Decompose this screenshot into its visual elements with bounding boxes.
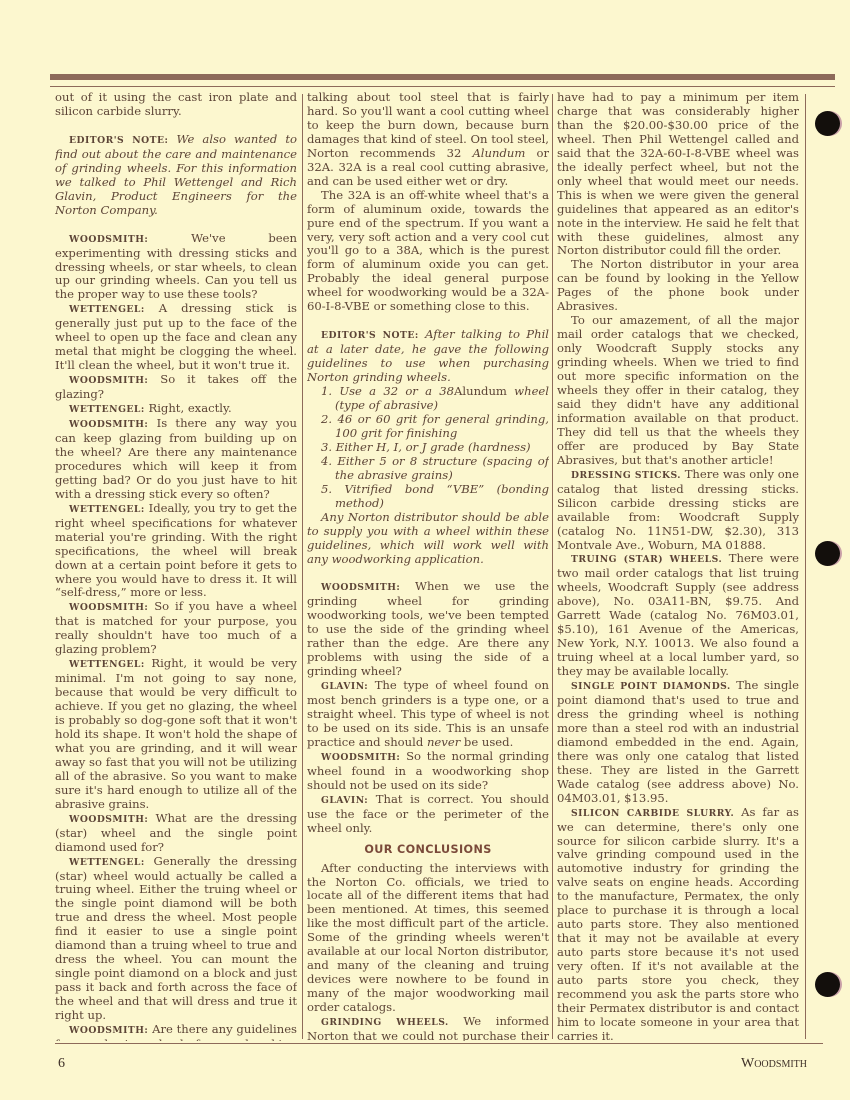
paragraph: After conducting the interviews with the…	[307, 862, 549, 1015]
paragraph: out of it using the cast iron plate and …	[55, 91, 297, 119]
subhead-label: Truing (Star) Wheels.	[571, 554, 722, 565]
interview-question: Woodsmith: When we use the grinding whee…	[307, 580, 549, 679]
punch-hole-icon	[815, 541, 840, 566]
paragraph: Truing (Star) Wheels. There were two mai…	[557, 552, 799, 679]
column-divider	[552, 94, 553, 1039]
paragraph: Single Point Diamonds. The single point …	[557, 679, 799, 806]
footer-rule	[55, 1043, 823, 1044]
paragraph: To our amazement, of all the major mail …	[557, 314, 799, 467]
paragraph: talking about tool steel that is fairly …	[307, 91, 549, 189]
interview-question: Woodsmith: Is there any way you can keep…	[55, 417, 297, 502]
speaker-label: Editor's Note:	[321, 330, 419, 341]
subhead-label: Silicon Carbide Slurry.	[571, 808, 734, 819]
subhead-label: Single Point Diamonds.	[571, 681, 731, 692]
paragraph: have had to pay a minimum per item charg…	[557, 91, 799, 258]
column-divider	[302, 94, 303, 1039]
speaker-label: Woodsmith:	[321, 582, 400, 593]
section-heading: OUR CONCLUSIONS	[307, 843, 549, 857]
interview-answer: Wettengel: Right, it would be very minim…	[55, 657, 297, 811]
editor-note: Editor's Note: After talking to Phil at …	[307, 328, 549, 385]
interview-question: Woodsmith: So the normal grinding wheel …	[307, 750, 549, 793]
interview-answer: Glavin: The type of wheel found on most …	[307, 679, 549, 750]
speaker-label: Wettengel:	[69, 659, 145, 670]
page-number: 6	[58, 1056, 65, 1072]
publication-title: Woodsmith	[741, 1056, 807, 1072]
column-2: talking about tool steel that is fairly …	[307, 91, 549, 1041]
paragraph: The 32A is an off-white wheel that's a f…	[307, 189, 549, 315]
interview-question: Woodsmith: So if you have a wheel that i…	[55, 600, 297, 657]
guidelines-list: 1. Use a 32 or a 38Alundum wheel (type o…	[307, 385, 549, 511]
guideline-item: 4. Either 5 or 8 structure (spacing of t…	[335, 455, 549, 483]
punch-hole-icon	[815, 111, 840, 136]
speaker-label: Woodsmith:	[321, 752, 400, 763]
punch-hole-icon	[815, 972, 840, 997]
speaker-label: Woodsmith:	[69, 602, 148, 613]
header-bar	[50, 74, 835, 80]
speaker-label: Editor's Note:	[69, 135, 168, 146]
paragraph: Grinding Wheels. We informed Norton that…	[307, 1015, 549, 1041]
guideline-item: 1. Use a 32 or a 38Alundum wheel (type o…	[335, 385, 549, 413]
paragraph: Silicon Carbide Slurry. As far as we can…	[557, 806, 799, 1041]
speaker-label: Woodsmith:	[69, 419, 148, 430]
interview-question: Woodsmith: What are the dressing (star) …	[55, 812, 297, 855]
subhead-label: Dressing Sticks.	[571, 470, 681, 481]
interview-answer: Wettengel: Right, exactly.	[55, 402, 297, 417]
speaker-label: Wettengel:	[69, 304, 145, 315]
speaker-label: Wettengel:	[69, 504, 145, 515]
interview-question: Woodsmith: Are there any guidelines for …	[55, 1023, 297, 1041]
header-rule	[50, 86, 835, 87]
speaker-label: Glavin:	[321, 795, 368, 806]
column-divider	[805, 94, 806, 1039]
speaker-label: Wettengel:	[69, 404, 145, 415]
interview-answer: Wettengel: Ideally, you try to get the r…	[55, 502, 297, 601]
subhead-label: Grinding Wheels.	[321, 1017, 449, 1028]
interview-answer: Wettengel: Generally the dressing (star)…	[55, 855, 297, 1023]
interview-answer: Glavin: That is correct. You should use …	[307, 793, 549, 836]
column-3: have had to pay a minimum per item charg…	[557, 91, 799, 1041]
speaker-label: Glavin:	[321, 681, 368, 692]
speaker-label: Woodsmith:	[69, 375, 148, 386]
interview-question: Woodsmith: We've been experimenting with…	[55, 232, 297, 303]
paragraph: Dressing Sticks. There was only one cata…	[557, 468, 799, 553]
speaker-label: Wettengel:	[69, 857, 145, 868]
guideline-item: 2. 46 or 60 grit for general grinding, 1…	[335, 413, 549, 441]
speaker-label: Woodsmith:	[69, 1025, 148, 1036]
guideline-item: 3. Either H, I, or J grade (hardness)	[335, 441, 549, 455]
interview-answer: Wettengel: A dressing stick is generally…	[55, 302, 297, 373]
speaker-label: Woodsmith:	[69, 234, 148, 245]
editor-note: Editor's Note: We also wanted to find ou…	[55, 133, 297, 218]
speaker-label: Woodsmith:	[69, 814, 148, 825]
paragraph: Any Norton distributor should be able to…	[307, 511, 549, 567]
interview-question: Woodsmith: So it takes off the glazing?	[55, 373, 297, 402]
paragraph: The Norton distributor in your area can …	[557, 258, 799, 314]
guideline-item: 5. Vitrified bond “VBE” (bonding method)	[335, 483, 549, 511]
column-1: out of it using the cast iron plate and …	[55, 91, 297, 1041]
